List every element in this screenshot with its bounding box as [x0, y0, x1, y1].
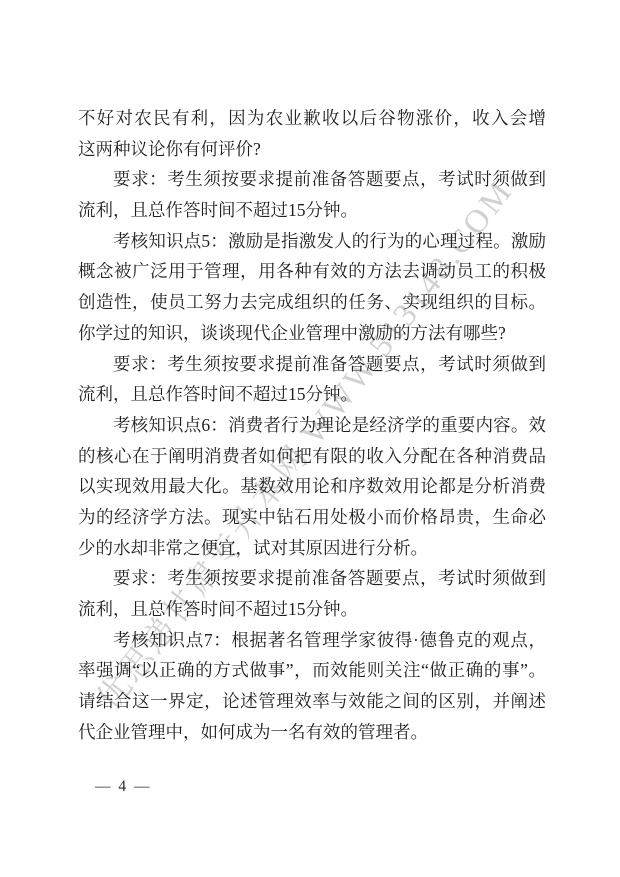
- text-line: 创造性，使员工努力去完成组织的任务、实现组织的目标。结合: [78, 287, 546, 318]
- paragraph: 考核知识点5：激励是指激发人的行为的心理过程。激励这个概念被广泛用于管理，用各种…: [78, 226, 546, 349]
- document-body: 不好对农民有利，因为农业歉收以后谷物涨价，收入会增加。对这两种议论你有何评价?要…: [78, 103, 546, 747]
- text-line: 为的经济学方法。现实中钻石用处极小而价格昂贵，生命必不可: [78, 502, 546, 533]
- text-line: 你学过的知识，谈谈现代企业管理中激励的方法有哪些?: [78, 318, 546, 349]
- text-line: 考核知识点7：根据著名管理学家彼得·德鲁克的观点，效: [78, 625, 546, 656]
- text-line: 少的水却非常之便宜，试对其原因进行分析。: [78, 533, 546, 564]
- document-page: 优思递甘肃专升本网 WWW.513148.COM 不好对农民有利，因为农业歉收以…: [0, 0, 620, 877]
- paragraph: 不好对农民有利，因为农业歉收以后谷物涨价，收入会增加。对这两种议论你有何评价?: [78, 103, 546, 164]
- text-line: 的核心在于阐明消费者如何把有限的收入分配在各种消费品上，: [78, 441, 546, 472]
- paragraph: 要求：考生须按要求提前准备答题要点，考试时须做到回答流利，且总作答时间不超过15…: [78, 164, 546, 225]
- text-line: 请结合这一界定，论述管理效率与效能之间的区别，并阐述在现: [78, 686, 546, 717]
- text-line: 概念被广泛用于管理，用各种有效的方法去调动员工的积极性和: [78, 256, 546, 287]
- page-number: — 4 —: [95, 778, 152, 796]
- paragraph: 考核知识点6：消费者行为理论是经济学的重要内容。效用论的核心在于阐明消费者如何把…: [78, 410, 546, 563]
- text-line: 流利，且总作答时间不超过15分钟。: [78, 594, 546, 625]
- paragraph: 要求：考生须按要求提前准备答题要点，考试时须做到回答流利，且总作答时间不超过15…: [78, 563, 546, 624]
- text-line: 要求：考生须按要求提前准备答题要点，考试时须做到回答: [78, 164, 546, 195]
- text-line: 不好对农民有利，因为农业歉收以后谷物涨价，收入会增加。对: [78, 103, 546, 134]
- text-line: 要求：考生须按要求提前准备答题要点，考试时须做到回答: [78, 563, 546, 594]
- text-line: 考核知识点5：激励是指激发人的行为的心理过程。激励这个: [78, 226, 546, 257]
- paragraph: 要求：考生须按要求提前准备答题要点，考试时须做到回答流利，且总作答时间不超过15…: [78, 349, 546, 410]
- text-line: 流利，且总作答时间不超过15分钟。: [78, 379, 546, 410]
- text-line: 这两种议论你有何评价?: [78, 134, 546, 165]
- text-line: 率强调“以正确的方式做事”，而效能则关注“做正确的事”。: [78, 655, 546, 686]
- text-line: 代企业管理中，如何成为一名有效的管理者。: [78, 717, 546, 748]
- text-line: 要求：考生须按要求提前准备答题要点，考试时须做到回答: [78, 349, 546, 380]
- text-line: 考核知识点6：消费者行为理论是经济学的重要内容。效用论: [78, 410, 546, 441]
- text-line: 流利，且总作答时间不超过15分钟。: [78, 195, 546, 226]
- paragraph: 考核知识点7：根据著名管理学家彼得·德鲁克的观点，效率强调“以正确的方式做事”，…: [78, 625, 546, 748]
- text-line: 以实现效用最大化。基数效用论和序数效用论都是分析消费者行: [78, 471, 546, 502]
